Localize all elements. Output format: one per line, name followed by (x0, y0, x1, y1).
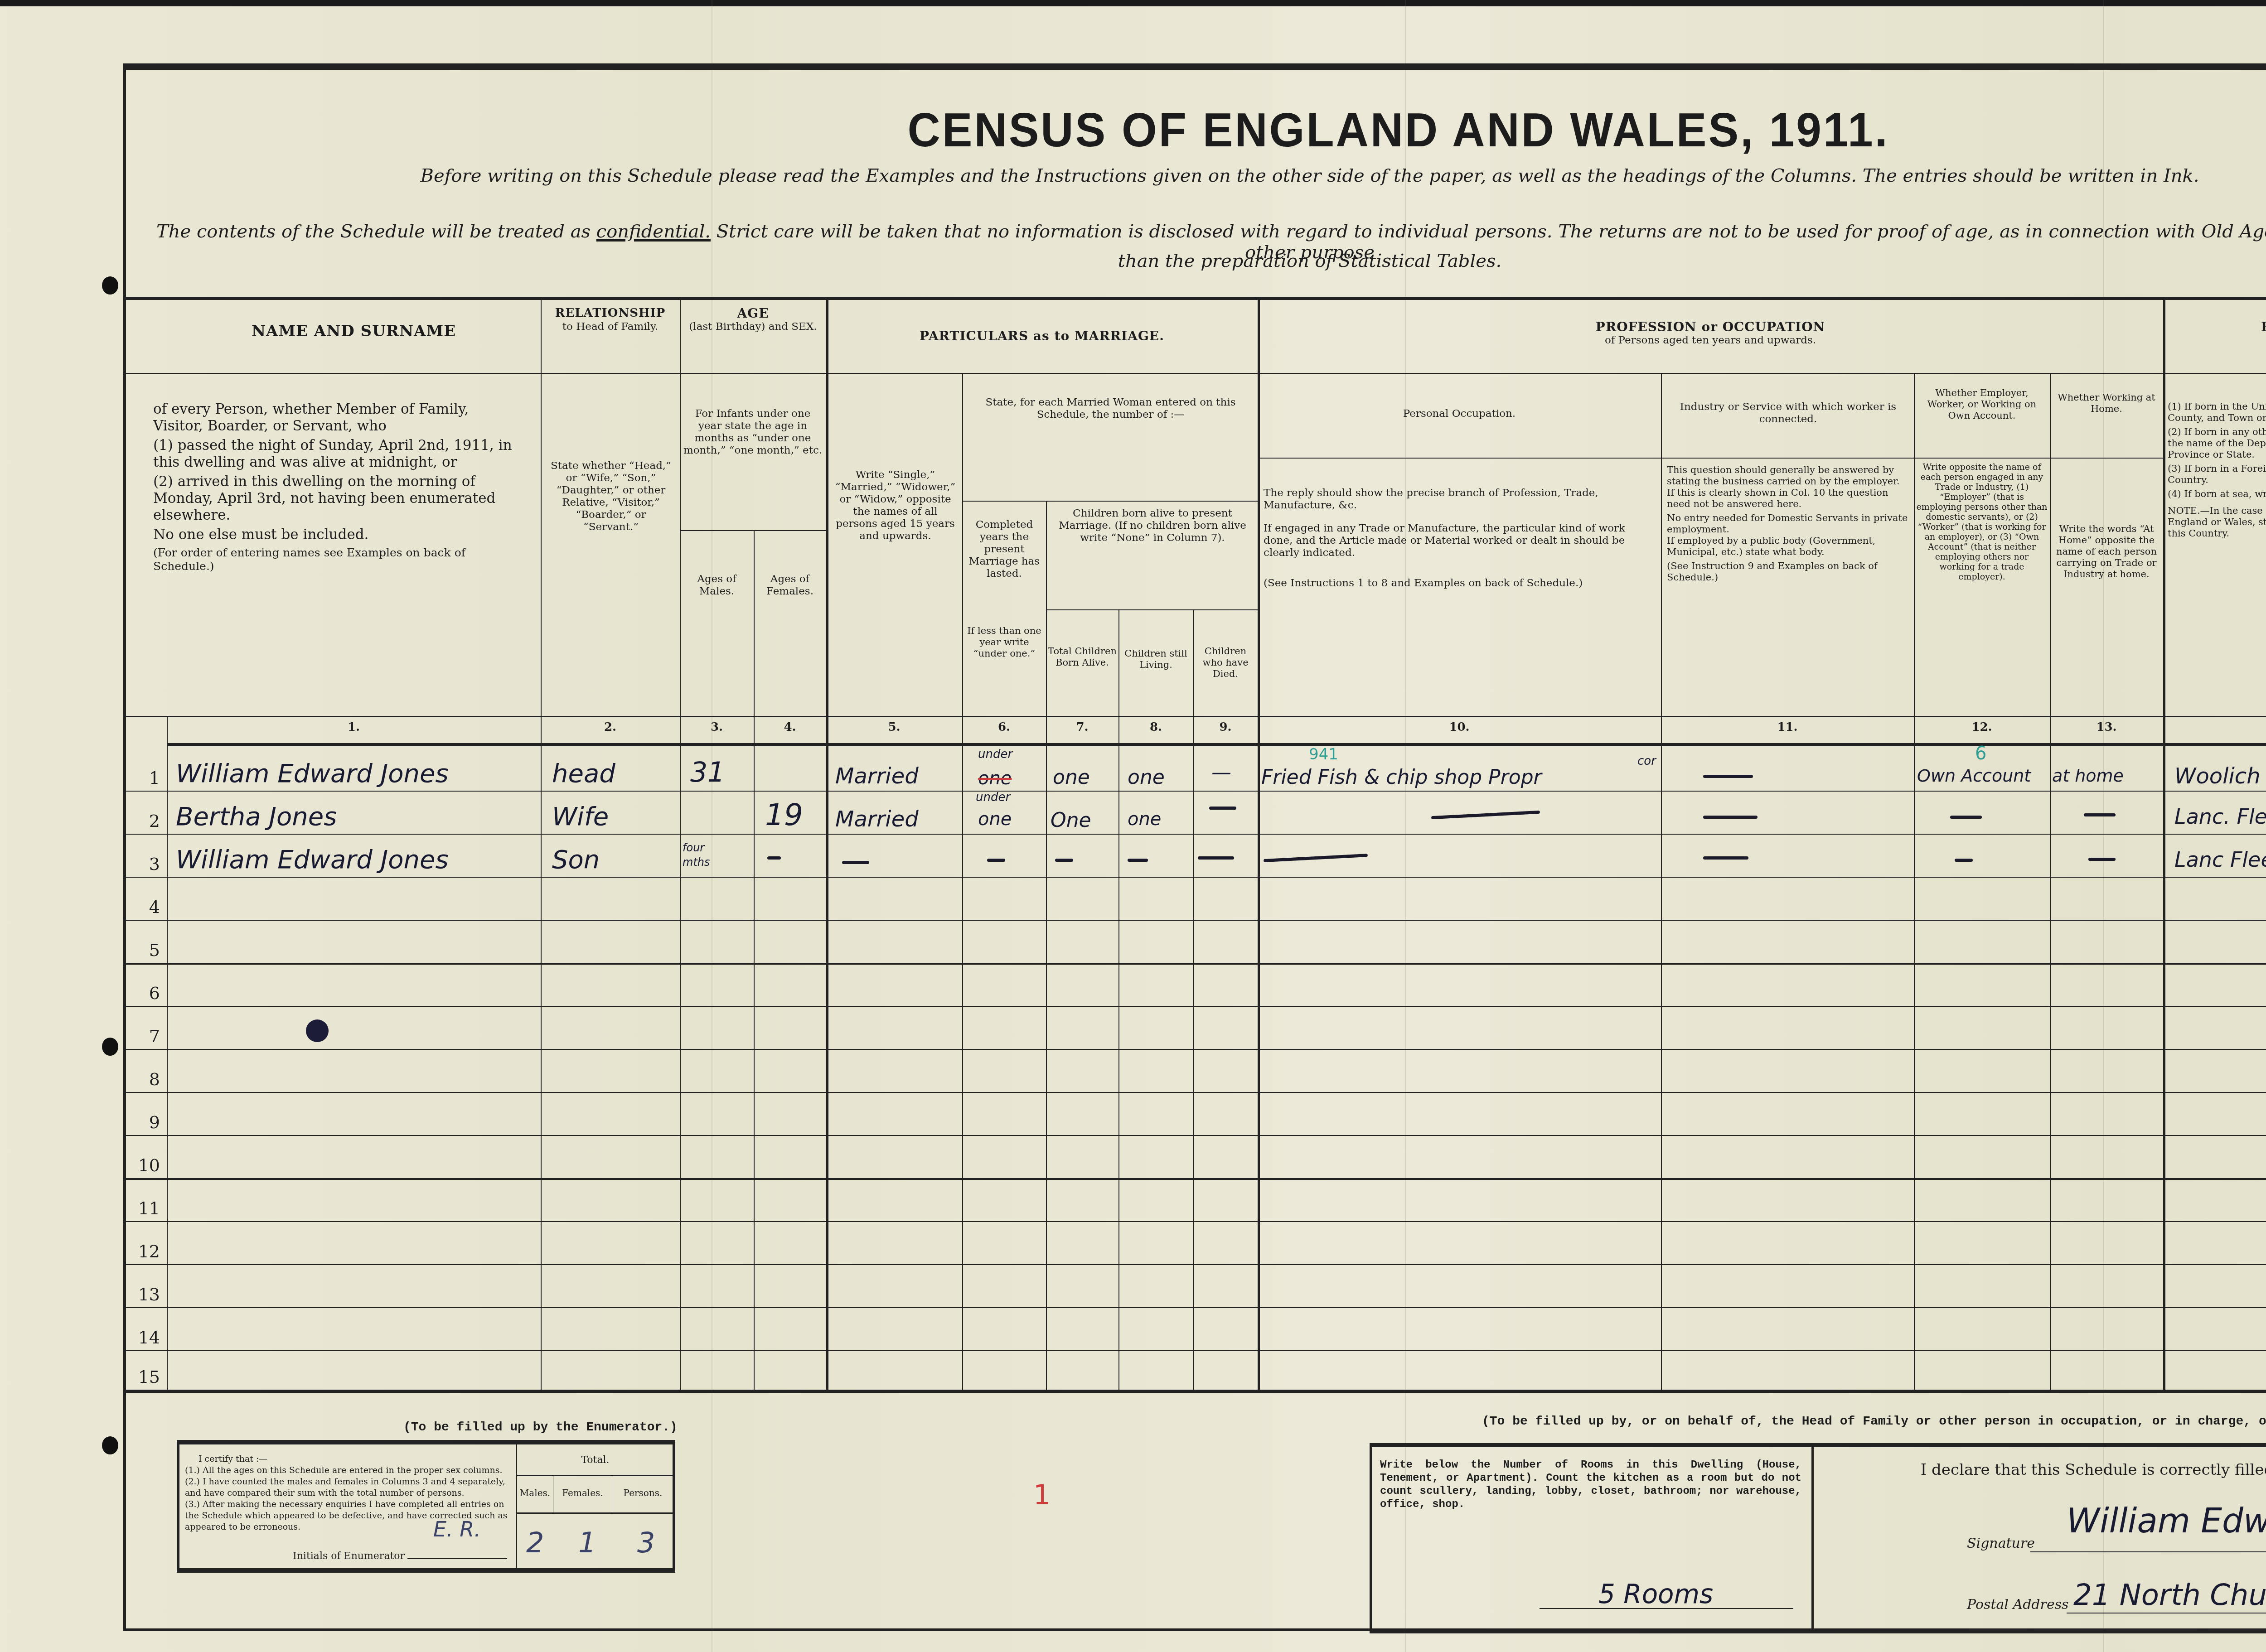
row-number: 14 (128, 1328, 160, 1348)
personal-occupation-label: Personal Occupation. (1258, 408, 1661, 420)
punch-hole-icon (102, 1038, 118, 1056)
column-number: 3. (680, 720, 754, 734)
row-line (126, 1221, 2266, 1222)
age-female-value[interactable]: 19 (765, 797, 803, 832)
row-line (126, 791, 2266, 792)
certify-item-2: (2.) I have counted the males and female… (185, 1476, 511, 1499)
row-number: 3 (128, 854, 160, 874)
years-married-struck: one (978, 768, 1012, 789)
header-age: AGE (last Birthday) and SEX. (680, 306, 826, 333)
signature-line (2030, 1551, 2266, 1552)
persons-label: Persons. (612, 1476, 673, 1498)
occupation-superscript: cor (1637, 754, 1656, 768)
birthplace-text-4: (4) If born at sea, write “At Sea.” (2168, 488, 2266, 500)
row-line (126, 1135, 2266, 1136)
header-body-divider (126, 716, 2266, 717)
row-line (126, 834, 2266, 835)
col-divider-3 (754, 530, 755, 1391)
header-occupation: PROFESSION or OCCUPATION of Persons aged… (1258, 319, 2163, 347)
age-female-dash (767, 856, 781, 860)
census-schedule-page: CENSUS OF ENGLAND AND WALES, 1911. Befor… (0, 0, 2266, 1652)
row-line (126, 1092, 2266, 1093)
header-birthplace: BIRTHPLACE of every person. (2163, 319, 2266, 347)
marriage-write-instruction: Write “Single,” “Married,” “Widower,” or… (831, 469, 960, 542)
row-number: 9 (128, 1112, 160, 1132)
personal-occupation-body: The reply should show the precise branch… (1264, 487, 1656, 589)
col-divider-6 (1046, 501, 1047, 1391)
rooms-value[interactable]: 5 Rooms (1598, 1579, 1713, 1609)
certification-text: I certify that :— (1.) All the ages on t… (179, 1444, 517, 1568)
household-table: NAME AND SURNAME of every Person, whethe… (126, 297, 2266, 1391)
row-number: 4 (128, 897, 160, 917)
person-name[interactable]: William Edward Jones (176, 759, 449, 788)
at-home-dash (2088, 858, 2116, 861)
column-number: 7. (1046, 720, 1118, 734)
certify-item-1: (1.) All the ages on this Schedule are e… (185, 1465, 511, 1476)
row-number: 8 (128, 1069, 160, 1089)
certify-heading: I certify that :— (199, 1454, 511, 1465)
industry-text-3: If employed by a public body (Government… (1667, 535, 1909, 558)
row-line (126, 1350, 2266, 1351)
birthplace-text-1: (1) If born in the United Kingdom, write… (2168, 401, 2266, 424)
age-sub: (last Birthday) and SEX. (680, 321, 826, 333)
at-home-dash (2084, 813, 2116, 816)
relationship-value[interactable]: head (552, 759, 615, 788)
intro-instructions: Before writing on this Schedule please r… (136, 165, 2266, 186)
row-number: 12 (128, 1241, 160, 1261)
age-title: AGE (680, 306, 826, 321)
occupation-sub-divider (1258, 458, 2163, 459)
person-name[interactable]: Bertha Jones (176, 802, 337, 831)
row-number: 13 (128, 1285, 160, 1304)
occupation-value[interactable]: Fried Fish & chip shop Propr (1261, 766, 1542, 789)
table-bottom-rule (126, 1390, 2266, 1393)
signature-label: Signature (1967, 1536, 2035, 1551)
row-number: 1 (128, 768, 160, 788)
age-male-value[interactable]: 31 (690, 757, 725, 788)
children-born-instruction: Children born alive to present Marriage.… (1048, 507, 1257, 544)
col-divider-5 (962, 373, 963, 1391)
enumerator-certification-box: I certify that :— (1.) All the ages on t… (177, 1440, 675, 1573)
ages-females-label: Ages of Females. (754, 573, 826, 598)
column-number: 4. (754, 720, 826, 734)
years-married-note: under (976, 791, 1010, 804)
red-tally-mark: 1 (1033, 1479, 1051, 1511)
males-label: Males. (517, 1476, 553, 1512)
relationship-value[interactable]: Wife (552, 802, 609, 831)
children-sub-divider (1046, 609, 1258, 610)
occupation-sub: of Persons aged ten years and upwards. (1258, 334, 2163, 347)
enumerator-heading: (To be filled up by the Enumerator.) (403, 1420, 678, 1435)
postal-address-value[interactable]: 21 North Church St., FLEETWOOD, (2073, 1579, 2266, 1612)
industry-body: This question should generally be answer… (1667, 464, 1909, 583)
punch-hole-icon (102, 276, 118, 295)
children-died-dash (1209, 807, 1236, 810)
initials-row: Initials of Enumerator (293, 1551, 507, 1562)
employer-label: Whether Employer, Worker, or Working on … (1916, 387, 2048, 421)
row-line (126, 877, 2266, 878)
children-died-label: Children who have Died. (1193, 646, 1258, 680)
industry-dash (1703, 775, 1753, 778)
table-top-rule (126, 297, 2266, 300)
column-number: 12. (1914, 720, 2050, 734)
row-number: 15 (128, 1367, 160, 1387)
industry-label: Industry or Service with which worker is… (1665, 401, 1912, 425)
column-number: 11. (1661, 720, 1914, 734)
column-number: 6. (962, 720, 1046, 734)
children-died-dash (1198, 856, 1234, 860)
females-total[interactable]: 1 (578, 1526, 596, 1559)
col-divider-11 (1914, 373, 1915, 1391)
years-married-value[interactable]: under (978, 748, 1012, 761)
col-divider-9 (1258, 297, 1260, 1391)
occupation-code: 941 (1309, 745, 1338, 763)
birthplace-sub: of every person. (2163, 334, 2266, 347)
personal-occupation-text-2: If engaged in any Trade or Manufacture, … (1264, 522, 1656, 559)
occupation-dash (1264, 854, 1368, 862)
home-body: Write the words “At Home” opposite the n… (2052, 523, 2161, 580)
ink-blot (306, 1019, 329, 1042)
row-line (126, 963, 2266, 965)
marital-dash (842, 861, 869, 864)
age-instruction: For Infants under one year state the age… (683, 408, 823, 457)
totals-header-row: Males. Females. Persons. (517, 1476, 673, 1514)
col-divider-13 (2163, 297, 2165, 1391)
initials-label: Initials of Enumerator (293, 1551, 405, 1562)
column-number: 14. (2163, 720, 2266, 734)
children-living-label: Children still Living. (1118, 648, 1193, 671)
occupation-dash (1431, 811, 1540, 820)
col-divider-4 (826, 297, 828, 1391)
row-line (126, 920, 2266, 921)
top-edge (0, 0, 2266, 6)
children-died-value[interactable]: — (1211, 761, 1231, 784)
signature-value[interactable]: William Edward Jones (2067, 1502, 2266, 1541)
declaration-text: I declare that this Schedule is correctl… (1822, 1461, 2266, 1479)
row-line (126, 1049, 2266, 1050)
persons-total[interactable]: 3 (637, 1526, 655, 1559)
birthplace-title: BIRTHPLACE (2163, 319, 2266, 334)
column-number: 1. (167, 720, 541, 734)
employer-dash (1950, 816, 1982, 819)
marriage-sub-divider (962, 501, 1258, 502)
row-line (126, 1307, 2266, 1308)
punch-hole-icon (102, 1436, 118, 1454)
row-line (126, 1006, 2266, 1007)
home-label: Whether Working at Home. (2052, 392, 2161, 415)
header-relationship: RELATIONSHIP to Head of Family. (541, 306, 680, 333)
total-children-value[interactable]: One (1051, 809, 1091, 832)
ages-males-label: Ages of Males. (680, 573, 754, 598)
name-instruction-1: of every Person, whether Member of Famil… (153, 401, 516, 435)
total-children-label: Total Children Born Alive. (1046, 646, 1118, 668)
completed-years-label: Completed years the present Marriage has… (964, 519, 1045, 580)
children-living-value[interactable]: one (1128, 766, 1165, 789)
address-line (2067, 1613, 2266, 1613)
header-divider (126, 373, 2266, 374)
occupation-title: PROFESSION or OCCUPATION (1258, 319, 2163, 334)
row-number: 6 (128, 983, 160, 1003)
col-divider-1 (541, 297, 542, 1391)
row-number: 5 (128, 940, 160, 960)
col-divider-12 (2050, 373, 2051, 1391)
name-instruction-2: (1) passed the night of Sunday, April 2n… (153, 437, 516, 471)
birthplace-body: (1) If born in the United Kingdom, write… (2168, 401, 2266, 539)
females-label: Females. (553, 1476, 612, 1512)
birthplace-text-3: (3) If born in a Foreign Country, write … (2168, 463, 2266, 486)
males-total[interactable]: 2 (526, 1526, 544, 1559)
page-title: CENSUS OF ENGLAND AND WALES, 1911. (0, 103, 2266, 158)
employer-dash (1955, 859, 1973, 862)
children-living-dash (1128, 859, 1148, 862)
industry-dash (1703, 856, 1748, 860)
birthplace-value[interactable]: Lanc Fleetwood (2174, 847, 2266, 872)
married-woman-instruction: State, for each Married Woman entered on… (964, 396, 1257, 421)
header-marriage: PARTICULARS as to MARRIAGE. (826, 328, 1258, 343)
relationship-instruction: State whether “Head,” or “Wife,” “Son,” … (547, 460, 674, 533)
row-number: 10 (128, 1155, 160, 1175)
row-number: 2 (128, 811, 160, 831)
rooms-instructions: Write below the Number of Rooms in this … (1380, 1459, 1801, 1511)
row-number: 7 (128, 1026, 160, 1046)
confidentiality-text: The contents of the Schedule will be tre… (156, 221, 596, 242)
age-sub-divider (680, 530, 826, 531)
row-number: 11 (128, 1198, 160, 1218)
initials-line (407, 1558, 507, 1559)
name-instruction-5: (For order of entering names see Example… (153, 546, 516, 573)
birthplace-text-2: (2) If born in any other part of the Bri… (2168, 426, 2266, 460)
relationship-title: RELATIONSHIP (541, 306, 680, 321)
employer-code: 6 (1975, 743, 1986, 764)
person-name[interactable]: William Edward Jones (176, 845, 449, 874)
enumerator-initials[interactable]: E. R. (433, 1524, 481, 1535)
column-number: 5. (826, 720, 962, 734)
row-line (126, 1264, 2266, 1265)
birthplace-value[interactable]: Woolich Kent (2174, 763, 2266, 789)
industry-text-1: This question should generally be answer… (1667, 464, 1909, 510)
household-heading: (To be filled up by, or on behalf of, th… (1482, 1415, 2266, 1429)
industry-text-2: No entry needed for Domestic Servants in… (1667, 512, 1909, 535)
industry-text-4: (See Instruction 9 and Examples on back … (1667, 560, 1909, 583)
personal-occupation-text-3: (See Instructions 1 to 8 and Examples on… (1264, 577, 1656, 589)
birthplace-note: NOTE.—In the case of persons born elsewh… (2168, 505, 2266, 539)
name-instruction-4: No one else must be included. (153, 527, 516, 543)
marital-status-value[interactable]: Married (835, 807, 919, 832)
confidential-word: confidential. (596, 221, 711, 242)
at-home-value[interactable]: at home (2052, 766, 2124, 786)
postal-address-label: Postal Address (1967, 1597, 2068, 1613)
relationship-value[interactable]: Son (552, 845, 600, 874)
personal-occupation-text-1: The reply should show the precise branch… (1264, 487, 1656, 512)
col-divider-10 (1661, 373, 1662, 1391)
total-label: Total. (517, 1444, 673, 1476)
marital-status-value[interactable]: Married (835, 763, 919, 789)
completed-years-note: If less than one year write “under one.” (964, 625, 1045, 659)
total-children-dash (1055, 859, 1073, 862)
relationship-sub: to Head of Family. (541, 321, 680, 333)
children-living-value[interactable]: one (1128, 809, 1161, 830)
colnum-rule (167, 743, 2266, 746)
years-married-dash (987, 859, 1005, 862)
rooms-box: Write below the Number of Rooms in this … (1370, 1443, 1814, 1633)
column-number: 13. (2050, 720, 2163, 734)
header-name: NAME AND SURNAME (167, 324, 541, 339)
age-male-value[interactable]: four mths (683, 840, 728, 869)
name-instruction-3: (2) arrived in this dwelling on the morn… (153, 473, 516, 524)
employer-value[interactable]: Own Account (1917, 766, 2031, 786)
column-number: 8. (1118, 720, 1193, 734)
row-line (126, 1178, 2266, 1180)
confidentiality-notice-end: than the preparation of Statistical Tabl… (136, 251, 2266, 271)
header-name-body: of every Person, whether Member of Famil… (153, 401, 516, 573)
column-number: 2. (541, 720, 680, 734)
declaration-box: I declare that this Schedule is correctl… (1813, 1443, 2266, 1633)
birthplace-value[interactable]: Lanc. Fleetwood (2174, 804, 2266, 829)
rownum-divider (167, 716, 168, 1391)
industry-dash (1703, 816, 1758, 819)
years-married-value[interactable]: one (978, 809, 1012, 830)
total-children-value[interactable]: one (1053, 766, 1090, 789)
column-number: 9. (1193, 720, 1258, 734)
col-divider-2 (680, 297, 681, 1391)
column-number: 10. (1258, 720, 1661, 734)
employer-body: Write opposite the name of each person e… (1916, 462, 2048, 582)
